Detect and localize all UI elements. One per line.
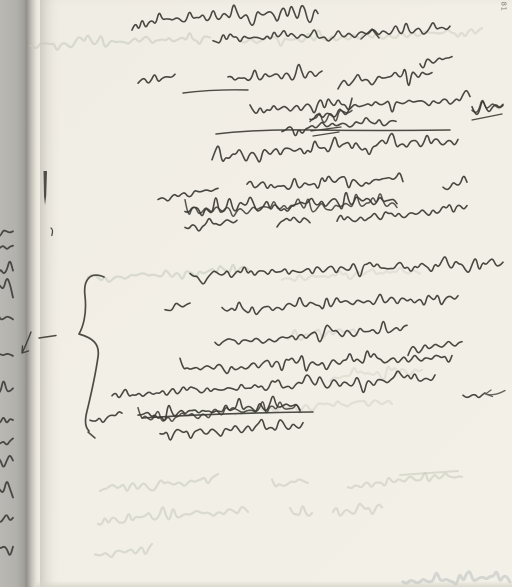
- handwriting-stroke: [215, 321, 407, 345]
- handwriting-stroke: [338, 70, 432, 89]
- handwriting-stroke: [22, 332, 31, 353]
- handwriting-stroke: [277, 217, 310, 227]
- handwriting-stroke: [282, 268, 420, 281]
- handwriting-stroke: [337, 205, 467, 221]
- handwriting-stroke: [88, 432, 95, 438]
- handwriting-stroke: [100, 474, 218, 491]
- handwriting-stroke: [0, 314, 13, 320]
- handwriting-stroke: [0, 418, 13, 429]
- handwriting-stroke: [98, 507, 248, 524]
- handwriting-stroke: [212, 134, 458, 162]
- handwriting-stroke: [0, 231, 13, 237]
- handwriting-stroke: [310, 110, 352, 122]
- handwriting-stroke: [400, 471, 458, 475]
- handwriting-stroke: [403, 572, 510, 584]
- handwriting-stroke: [228, 65, 322, 81]
- handwriting-stroke: [51, 228, 52, 236]
- handwriting-stroke: [333, 504, 382, 516]
- ink-handwriting: [90, 5, 503, 440]
- handwriting-stroke: [158, 188, 218, 201]
- handwriting-stroke: [180, 351, 452, 373]
- handwriting-stroke: [0, 438, 13, 452]
- handwriting-stroke: [165, 303, 190, 310]
- handwriting-stroke: [408, 342, 462, 356]
- handwriting-stroke: [0, 382, 13, 396]
- handwriting-stroke: [313, 132, 339, 136]
- handwriting-stroke: [0, 246, 13, 250]
- handwriting-layer: [0, 0, 512, 587]
- handwriting-stroke: [79, 275, 104, 431]
- handwriting-stroke: [185, 194, 397, 216]
- handwriting-stroke: [0, 537, 13, 555]
- handwriting-stroke: [44, 171, 48, 205]
- handwriting-stroke: [0, 279, 13, 297]
- edge-writing-fragments: [0, 231, 13, 555]
- handwriting-stroke: [0, 456, 13, 468]
- handwriting-stroke: [0, 482, 13, 497]
- handwriting-stroke: [30, 33, 210, 49]
- ghost-bleedthrough-writing: [30, 28, 510, 584]
- handwriting-stroke: [0, 515, 13, 523]
- handwriting-stroke: [463, 393, 485, 398]
- handwriting-stroke: [0, 262, 13, 276]
- handwriting-stroke: [142, 412, 313, 418]
- handwriting-stroke: [290, 506, 312, 515]
- handwriting-stroke: [443, 176, 467, 189]
- handwriting-stroke: [272, 479, 308, 486]
- page-number: 81: [500, 2, 507, 12]
- handwriting-stroke: [420, 57, 452, 68]
- handwriting-stroke: [0, 351, 13, 356]
- handwriting-stroke: [222, 294, 458, 314]
- handwriting-stroke: [330, 367, 422, 382]
- handwriting-stroke: [247, 173, 403, 189]
- handwriting-stroke: [183, 90, 248, 93]
- handwriting-stroke: [39, 336, 56, 339]
- handwriting-stroke: [250, 91, 470, 114]
- handwriting-stroke: [160, 420, 303, 440]
- notebook-scan: 81: [0, 0, 512, 587]
- handwriting-stroke: [90, 412, 122, 422]
- handwriting-stroke: [185, 219, 237, 231]
- handwriting-stroke: [240, 28, 482, 46]
- handwriting-stroke: [138, 74, 175, 83]
- handwriting-stroke: [190, 257, 503, 284]
- handwriting-stroke: [132, 5, 318, 30]
- handwriting-stroke: [486, 390, 506, 397]
- handwriting-stroke: [95, 544, 152, 557]
